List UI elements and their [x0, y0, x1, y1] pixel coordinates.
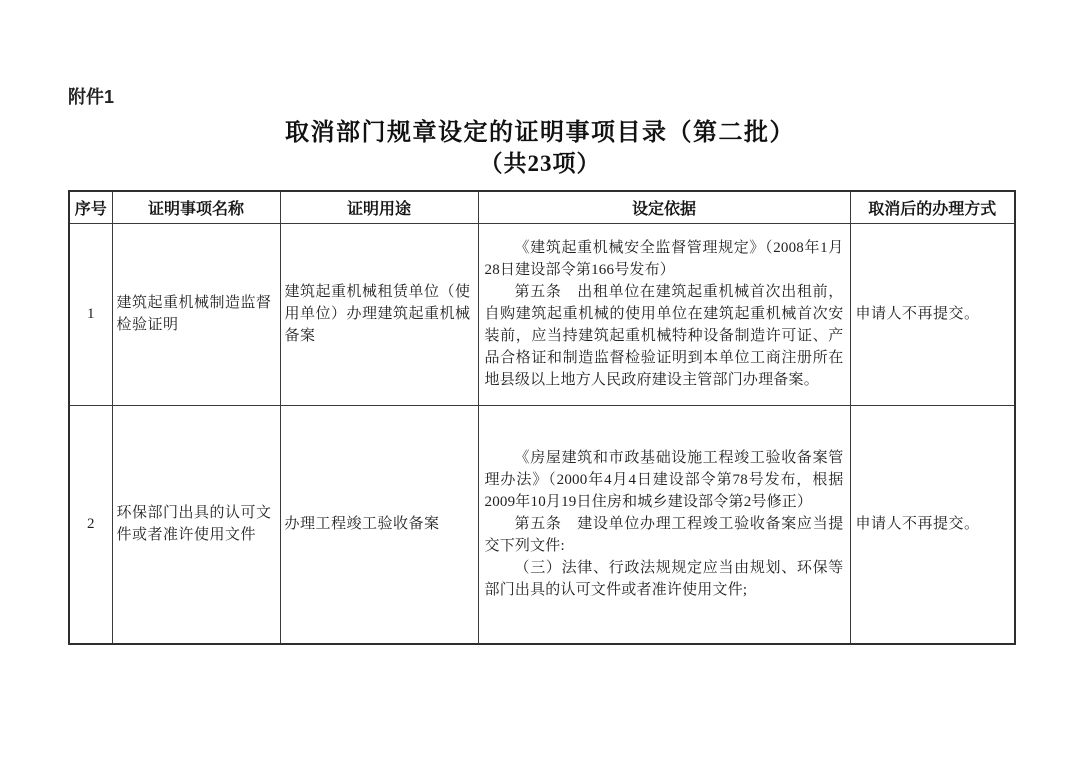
cell-purpose: 办理工程竣工验收备案	[280, 405, 478, 644]
cell-item-name: 建筑起重机械制造监督检验证明	[112, 223, 280, 405]
table-row: 2 环保部门出具的认可文件或者准许使用文件 办理工程竣工验收备案 《房屋建筑和市…	[69, 405, 1015, 644]
header-item-name: 证明事项名称	[112, 191, 280, 223]
header-purpose: 证明用途	[280, 191, 478, 223]
header-seq: 序号	[69, 191, 112, 223]
document-title: 取消部门规章设定的证明事项目录（第二批）	[0, 117, 1080, 149]
catalog-table: 序号 证明事项名称 证明用途 设定依据 取消后的办理方式 1 建筑起重机械制造监…	[68, 190, 1016, 645]
cell-item-name: 环保部门出具的认可文件或者准许使用文件	[112, 405, 280, 644]
table-header-row: 序号 证明事项名称 证明用途 设定依据 取消后的办理方式	[69, 191, 1015, 223]
table-row: 1 建筑起重机械制造监督检验证明 建筑起重机械租赁单位（使用单位）办理建筑起重机…	[69, 223, 1015, 405]
document-page: 附件1 取消部门规章设定的证明事项目录（第二批） （共23项） 序号 证明事项名…	[0, 0, 1080, 763]
attachment-label: 附件1	[68, 87, 114, 107]
cell-purpose: 建筑起重机械租赁单位（使用单位）办理建筑起重机械备案	[280, 223, 478, 405]
basis-paragraph: 《建筑起重机械安全监督管理规定》（2008年1月28日建设部令第166号发布）	[485, 237, 844, 281]
cell-after-cancel: 申请人不再提交。	[850, 223, 1015, 405]
basis-paragraph: 第五条 建设单位办理工程竣工验收备案应当提交下列文件:	[485, 513, 844, 557]
basis-paragraph: 《房屋建筑和市政基础设施工程竣工验收备案管理办法》（2000年4月4日建设部令第…	[485, 447, 844, 513]
header-basis: 设定依据	[478, 191, 850, 223]
document-subtitle: （共23项）	[0, 149, 1080, 179]
cell-basis: 《房屋建筑和市政基础设施工程竣工验收备案管理办法》（2000年4月4日建设部令第…	[478, 405, 850, 644]
basis-paragraph: （三）法律、行政法规规定应当由规划、环保等部门出具的认可文件或者准许使用文件;	[485, 557, 844, 601]
header-after-cancel: 取消后的办理方式	[850, 191, 1015, 223]
cell-seq: 2	[69, 405, 112, 644]
cell-seq: 1	[69, 223, 112, 405]
cell-basis: 《建筑起重机械安全监督管理规定》（2008年1月28日建设部令第166号发布） …	[478, 223, 850, 405]
basis-paragraph: 第五条 出租单位在建筑起重机械首次出租前，自购建筑起重机械的使用单位在建筑起重机…	[485, 281, 844, 391]
cell-after-cancel: 申请人不再提交。	[850, 405, 1015, 644]
